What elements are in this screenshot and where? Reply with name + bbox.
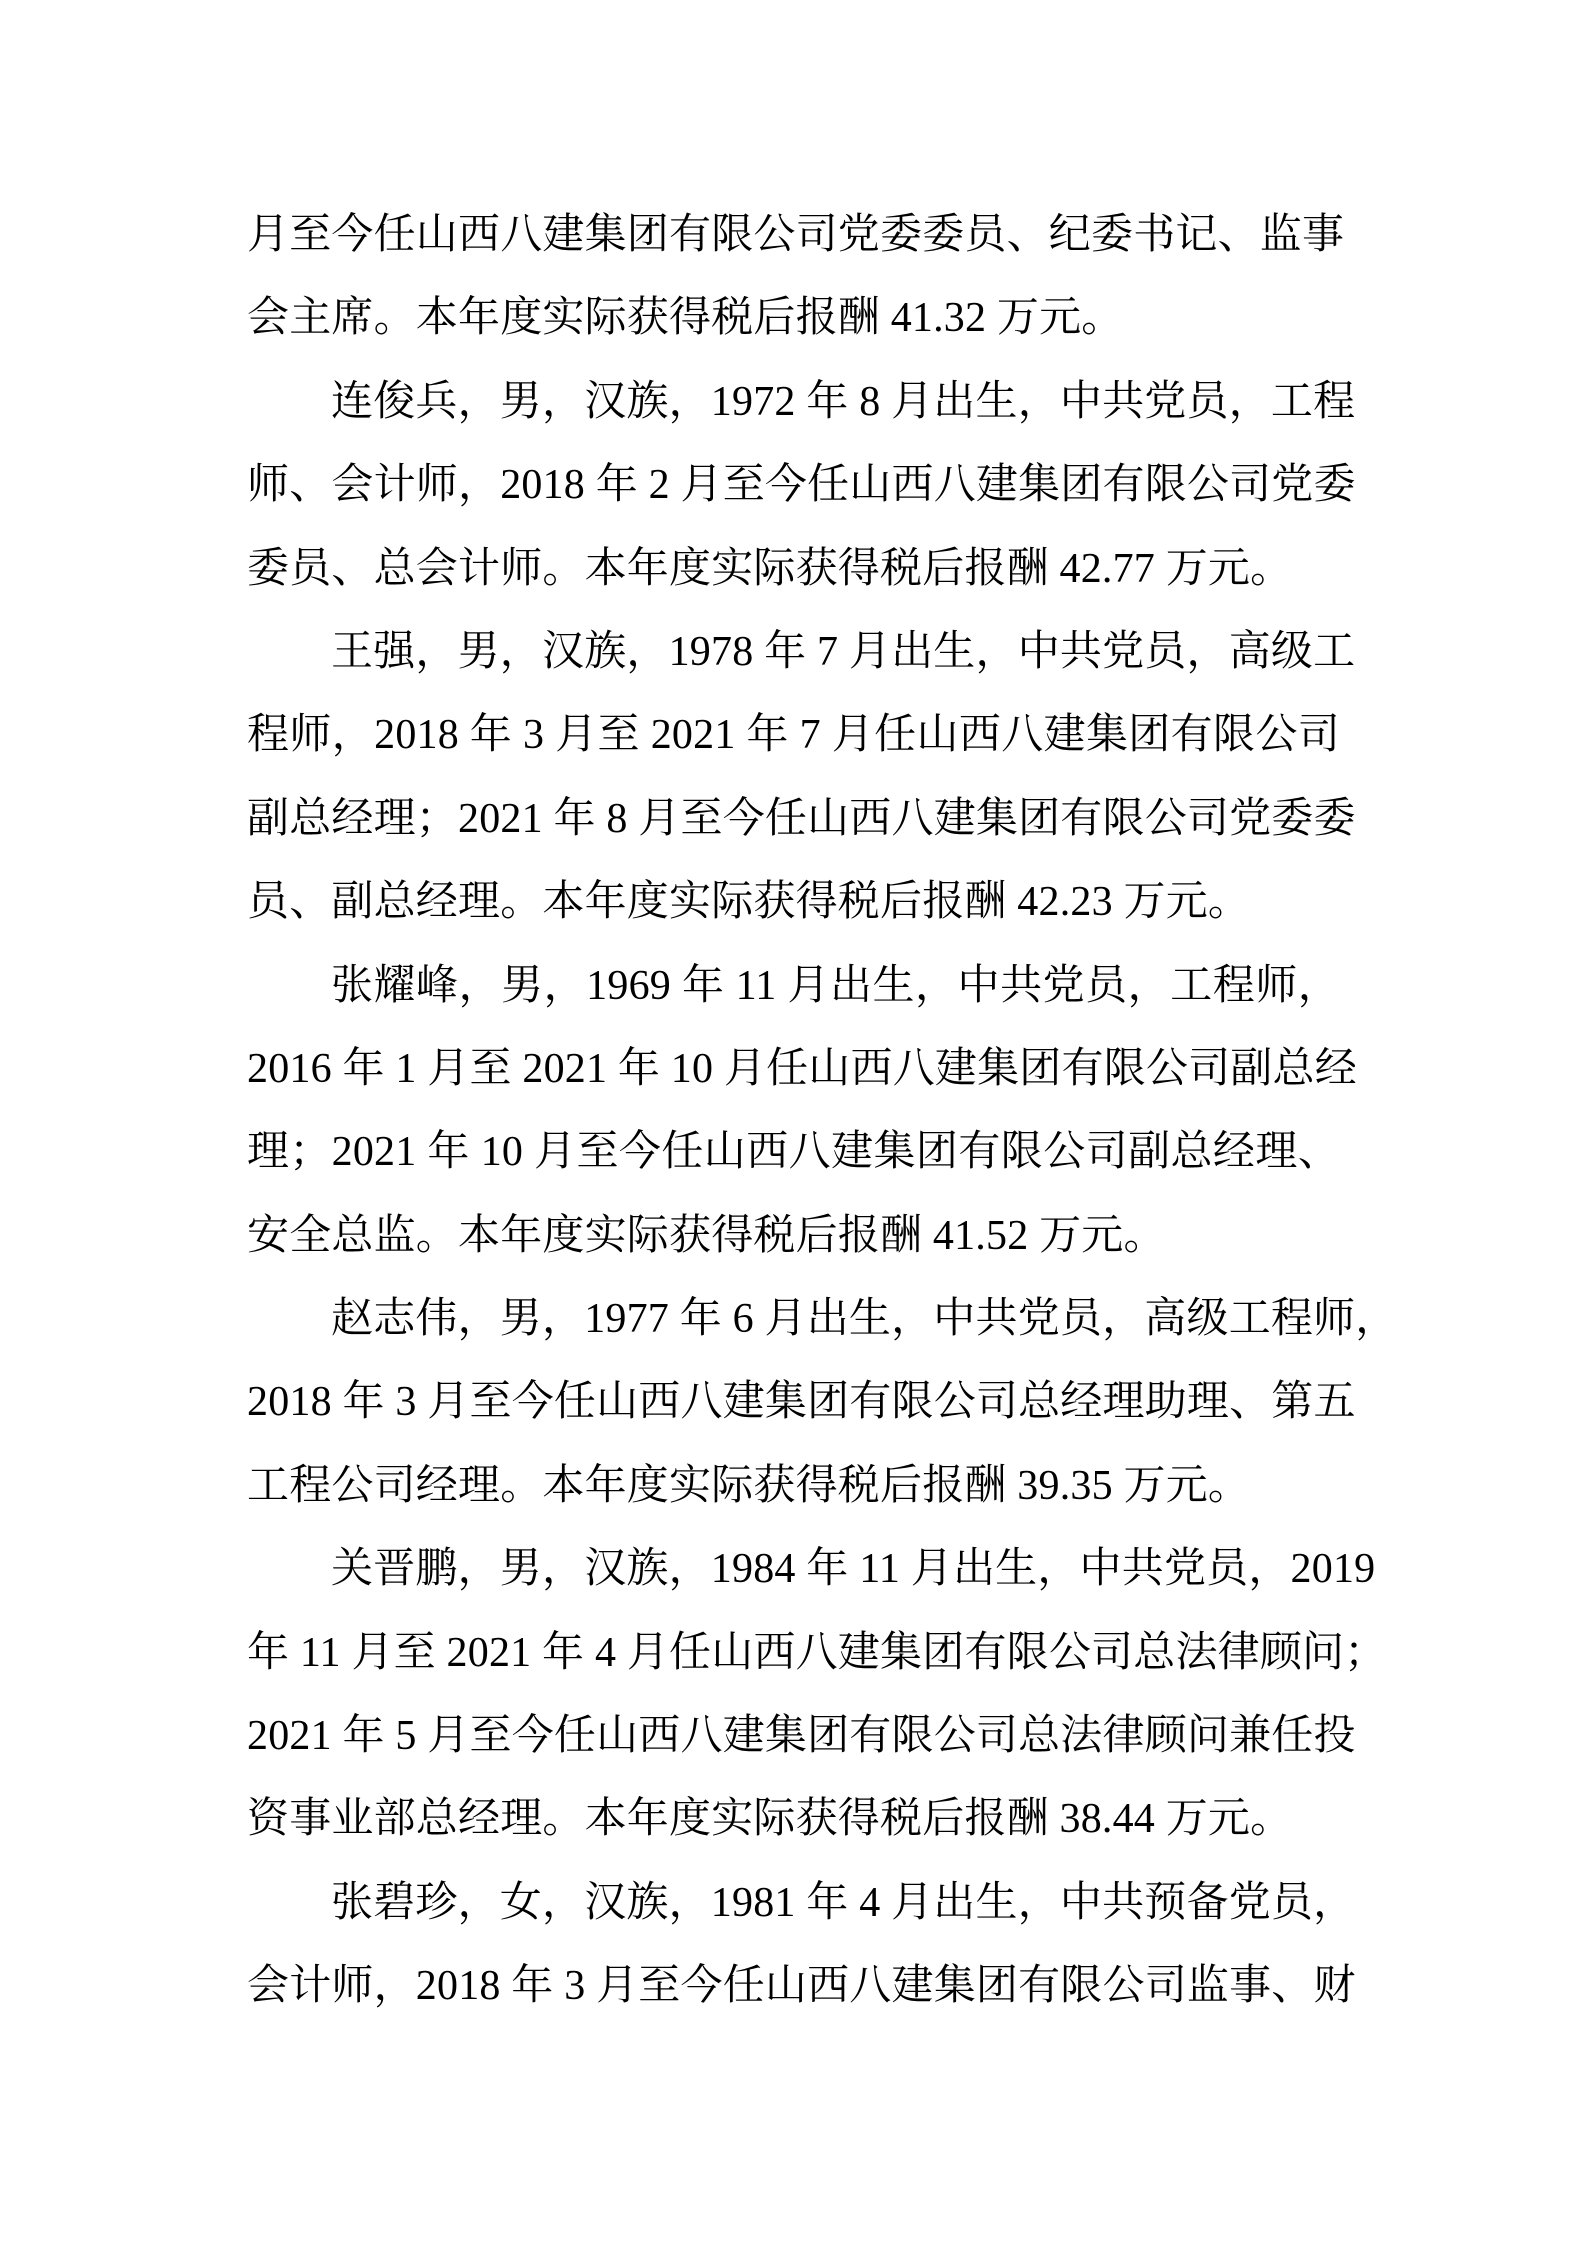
document-page: 月至今任山西八建集团有限公司党委委员、纪委书记、监事 会主席。本年度实际获得税后… bbox=[0, 0, 1587, 2245]
doc-line-19: 2021 年 5 月至今任山西八建集团有限公司总法律顾问兼任投 bbox=[247, 1695, 1340, 1778]
document-text-block: 月至今任山西八建集团有限公司党委委员、纪委书记、监事 会主席。本年度实际获得税后… bbox=[247, 194, 1340, 2029]
doc-line-9: 员、副总经理。本年度实际获得税后报酬 42.23 万元。 bbox=[247, 861, 1340, 944]
doc-line-10: 张耀峰，男，1969 年 11 月出生，中共党员，工程师， bbox=[247, 945, 1340, 1028]
doc-line-21: 张碧珍，女，汉族，1981 年 4 月出生，中共预备党员， bbox=[247, 1862, 1340, 1945]
doc-line-13: 安全总监。本年度实际获得税后报酬 41.52 万元。 bbox=[247, 1195, 1340, 1278]
doc-line-6: 王强，男，汉族，1978 年 7 月出生，中共党员，高级工 bbox=[247, 611, 1340, 694]
doc-line-22: 会计师，2018 年 3 月至今任山西八建集团有限公司监事、财 bbox=[247, 1945, 1340, 2028]
doc-line-1: 月至今任山西八建集团有限公司党委委员、纪委书记、监事 bbox=[247, 194, 1340, 277]
doc-line-12: 理；2021 年 10 月至今任山西八建集团有限公司副总经理、 bbox=[247, 1111, 1340, 1194]
doc-line-2: 会主席。本年度实际获得税后报酬 41.32 万元。 bbox=[247, 277, 1340, 360]
doc-line-15: 2018 年 3 月至今任山西八建集团有限公司总经理助理、第五 bbox=[247, 1361, 1340, 1444]
doc-line-4: 师、会计师，2018 年 2 月至今任山西八建集团有限公司党委 bbox=[247, 444, 1340, 527]
doc-line-8: 副总经理；2021 年 8 月至今任山西八建集团有限公司党委委 bbox=[247, 778, 1340, 861]
doc-line-20: 资事业部总经理。本年度实际获得税后报酬 38.44 万元。 bbox=[247, 1778, 1340, 1861]
doc-line-18: 年 11 月至 2021 年 4 月任山西八建集团有限公司总法律顾问； bbox=[247, 1612, 1340, 1695]
doc-line-5: 委员、总会计师。本年度实际获得税后报酬 42.77 万元。 bbox=[247, 528, 1340, 611]
doc-line-16: 工程公司经理。本年度实际获得税后报酬 39.35 万元。 bbox=[247, 1445, 1340, 1528]
doc-line-3: 连俊兵，男，汉族，1972 年 8 月出生，中共党员，工程 bbox=[247, 361, 1340, 444]
doc-line-11: 2016 年 1 月至 2021 年 10 月任山西八建集团有限公司副总经 bbox=[247, 1028, 1340, 1111]
doc-line-14: 赵志伟，男，1977 年 6 月出生，中共党员，高级工程师， bbox=[247, 1278, 1340, 1361]
doc-line-7: 程师，2018 年 3 月至 2021 年 7 月任山西八建集团有限公司 bbox=[247, 694, 1340, 777]
doc-line-17: 关晋鹏，男，汉族，1984 年 11 月出生，中共党员，2019 bbox=[247, 1528, 1340, 1611]
